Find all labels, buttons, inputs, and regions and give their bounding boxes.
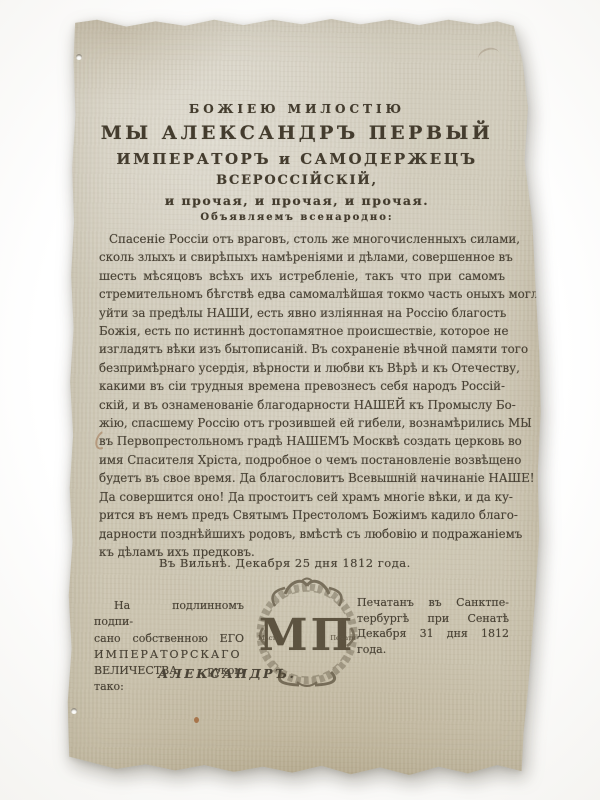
body-line: уйти за предѣлы НАШИ, есть явно изліянна… [99, 304, 505, 322]
imprint-block: Печатанъ въ Санктпе- тербургѣ при Сенатѣ… [357, 595, 509, 657]
paper-surface: БОЖІЕЮ МИЛОСТІЮ МЫ АЛЕКСАНДРЪ ПЕРВЫЙ ИМП… [58, 16, 546, 778]
body-line: сколь злыхъ и свирѣпыхъ намѣреніями и дѣ… [99, 248, 505, 266]
dateline: Въ Вильнѣ. Декабря 25 дня 1812 года. [58, 556, 512, 570]
body-line: въ Первопрестольномъ градѣ НАШЕМЪ Москвѣ… [99, 432, 505, 450]
attestation-line: ИМПЕРАТОРСКАГО [94, 647, 244, 663]
imperial-subtitle: ИМПЕРАТОРЪ и САМОДЕРЖЕЦЪ [53, 150, 541, 168]
imperial-subtitle2: ВСЕРОССІЙСКІЙ, [53, 173, 541, 188]
body-line: жію, спасшему Россію отъ грозившей ей ги… [99, 414, 505, 432]
imprint-line: Декабря 31 дня 1812 [357, 626, 509, 642]
body-line: рится въ немъ предъ Святымъ Престоломъ Б… [99, 506, 505, 524]
imprint-line: тербургѣ при Сенатѣ [357, 611, 509, 627]
body-line: Да совершится оно! Да простоитъ сей храм… [99, 488, 505, 506]
attestation-line: тако: [94, 679, 244, 695]
body-line: имя Спасителя Хріста, подробное о чемъ п… [99, 451, 505, 469]
body-line: скій, и въ ознаменованіе благодарности Н… [99, 396, 505, 414]
manifesto-sheet: БОЖІЕЮ МИЛОСТІЮ МЫ АЛЕКСАНДРЪ ПЕРВЫЙ ИМП… [58, 16, 546, 778]
manifesto-body: Спасеніе Россіи отъ враговъ, столь же мн… [99, 230, 505, 561]
imprint-line: года. [357, 642, 509, 658]
attestation-block: На подлинномъ подпи- сано собственною ЕГ… [94, 598, 244, 696]
seal-word-right: Печати [330, 634, 356, 642]
body-line: стремительномъ бѣгствѣ едва самомалѣйшая… [99, 285, 505, 303]
body-line: дарности позднѣйшихъ родовъ, вмѣстѣ съ л… [99, 525, 505, 543]
imprint-line: Печатанъ въ Санктпе- [357, 595, 509, 611]
attestation-line: На подлинномъ подпи- [94, 598, 244, 631]
body-line: изгладятъ вѣки изъ бытописаній. Въ сохра… [99, 340, 505, 358]
etcetera-line: и прочая, и прочая, и прочая. [53, 193, 541, 208]
seal-word-left: Мѣсто [258, 634, 280, 642]
body-line: Божія, есть по истиннѣ достопамятное про… [99, 322, 505, 340]
seal-emblem: МП Мѣсто Печати [255, 576, 359, 690]
printed-text-layer: БОЖІЕЮ МИЛОСТІЮ МЫ АЛЕКСАНДРЪ ПЕРВЫЙ ИМП… [58, 16, 546, 778]
attestation-line: сано собственною ЕГО [94, 631, 244, 647]
imperial-title: МЫ АЛЕКСАНДРЪ ПЕРВЫЙ [53, 122, 541, 144]
body-line: шесть мѣсяцовъ всѣхъ ихъ истребленіе, та… [99, 267, 505, 285]
body-line: какими въ сіи трудныя времена превознесъ… [99, 377, 505, 395]
body-line: безпримѣрнаго усердія, вѣрности и любви … [99, 359, 505, 377]
body-line: Спасеніе Россіи отъ враговъ, столь же мн… [99, 230, 505, 248]
photo-background: БОЖІЕЮ МИЛОСТІЮ МЫ АЛЕКСАНДРЪ ПЕРВЫЙ ИМП… [0, 0, 600, 800]
proclamation-line: Объявляемъ всенародно: [53, 212, 541, 223]
invocation-line: БОЖІЕЮ МИЛОСТІЮ [53, 102, 541, 116]
body-line: будетъ въ свое время. Да благословитъ Вс… [99, 469, 505, 487]
